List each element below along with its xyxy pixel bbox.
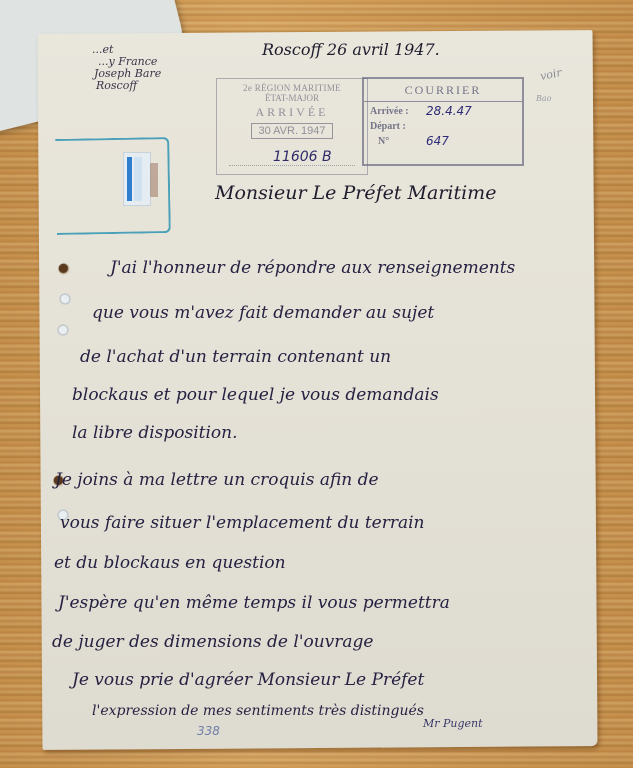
body-line: que vous m'avez fait demander au sujet — [92, 303, 434, 323]
punch-hole — [57, 324, 69, 336]
pencil-page-number: 338 — [197, 724, 220, 738]
stamp-date: 30 AVR. 1947 — [251, 123, 333, 139]
envelope-faded-text — [0, 13, 146, 30]
stamp-dotted-line — [229, 165, 355, 166]
punch-hole — [58, 263, 70, 275]
body-line: blockaus et pour lequel je vous demandai… — [72, 385, 439, 405]
clip-light-stripe — [134, 157, 142, 201]
stamp-etat-major: ÉTAT-MAJOR — [217, 93, 367, 103]
staple-clip — [123, 152, 151, 206]
registration-number: 11606 B — [273, 149, 332, 165]
courrier-arrivee-row: Arrivée : 28.4.47 — [364, 106, 522, 121]
courrier-number-row: N° 647 — [364, 136, 522, 151]
clip-shadow — [150, 163, 158, 197]
body-line: et du blockaus en question — [54, 553, 286, 573]
closing-line: l'expression de mes sentiments très dist… — [92, 703, 424, 719]
arrivee-label: Arrivée : — [370, 106, 409, 117]
annotation-sub: Bao — [536, 94, 551, 103]
body-line: J'ai l'honneur de répondre aux renseigne… — [110, 258, 515, 278]
body-line: de l'achat d'un terrain contenant un — [80, 347, 391, 367]
depart-label: Départ : — [370, 121, 406, 132]
body-line: Je joins à ma lettre un croquis afin de — [55, 470, 379, 490]
salutation: Monsieur Le Préfet Maritime — [215, 182, 496, 204]
courrier-stamp: COURRIER Arrivée : 28.4.47 Départ : N° 6… — [362, 77, 524, 166]
body-line: de juger des dimensions de l'ouvrage — [52, 632, 373, 652]
sender-line: Roscoff — [96, 80, 161, 92]
number-value: 647 — [426, 134, 449, 148]
punch-hole — [59, 293, 71, 305]
stamp-region: 2e RÉGION MARITIME — [217, 83, 367, 93]
clip-blue-stripe — [127, 157, 132, 201]
sender-block: ...et ...y France Joseph Bare Roscoff — [92, 44, 161, 92]
stamp-arrivee: ARRIVÉE — [217, 105, 367, 120]
number-label: N° — [378, 136, 389, 147]
courrier-title: COURRIER — [364, 79, 522, 102]
body-line: J'espère qu'en même temps il vous permet… — [58, 593, 450, 613]
arrivee-value: 28.4.47 — [426, 104, 472, 118]
body-line: vous faire situer l'emplacement du terra… — [60, 513, 425, 533]
dateline: Roscoff 26 avril 1947. — [262, 40, 440, 59]
signature: Mr Pugent — [423, 717, 483, 730]
closing-line: Je vous prie d'agréer Monsieur Le Préfet — [72, 670, 424, 690]
body-line: la libre disposition. — [72, 423, 238, 443]
arrivee-stamp: 2e RÉGION MARITIME ÉTAT-MAJOR ARRIVÉE 30… — [216, 78, 368, 175]
